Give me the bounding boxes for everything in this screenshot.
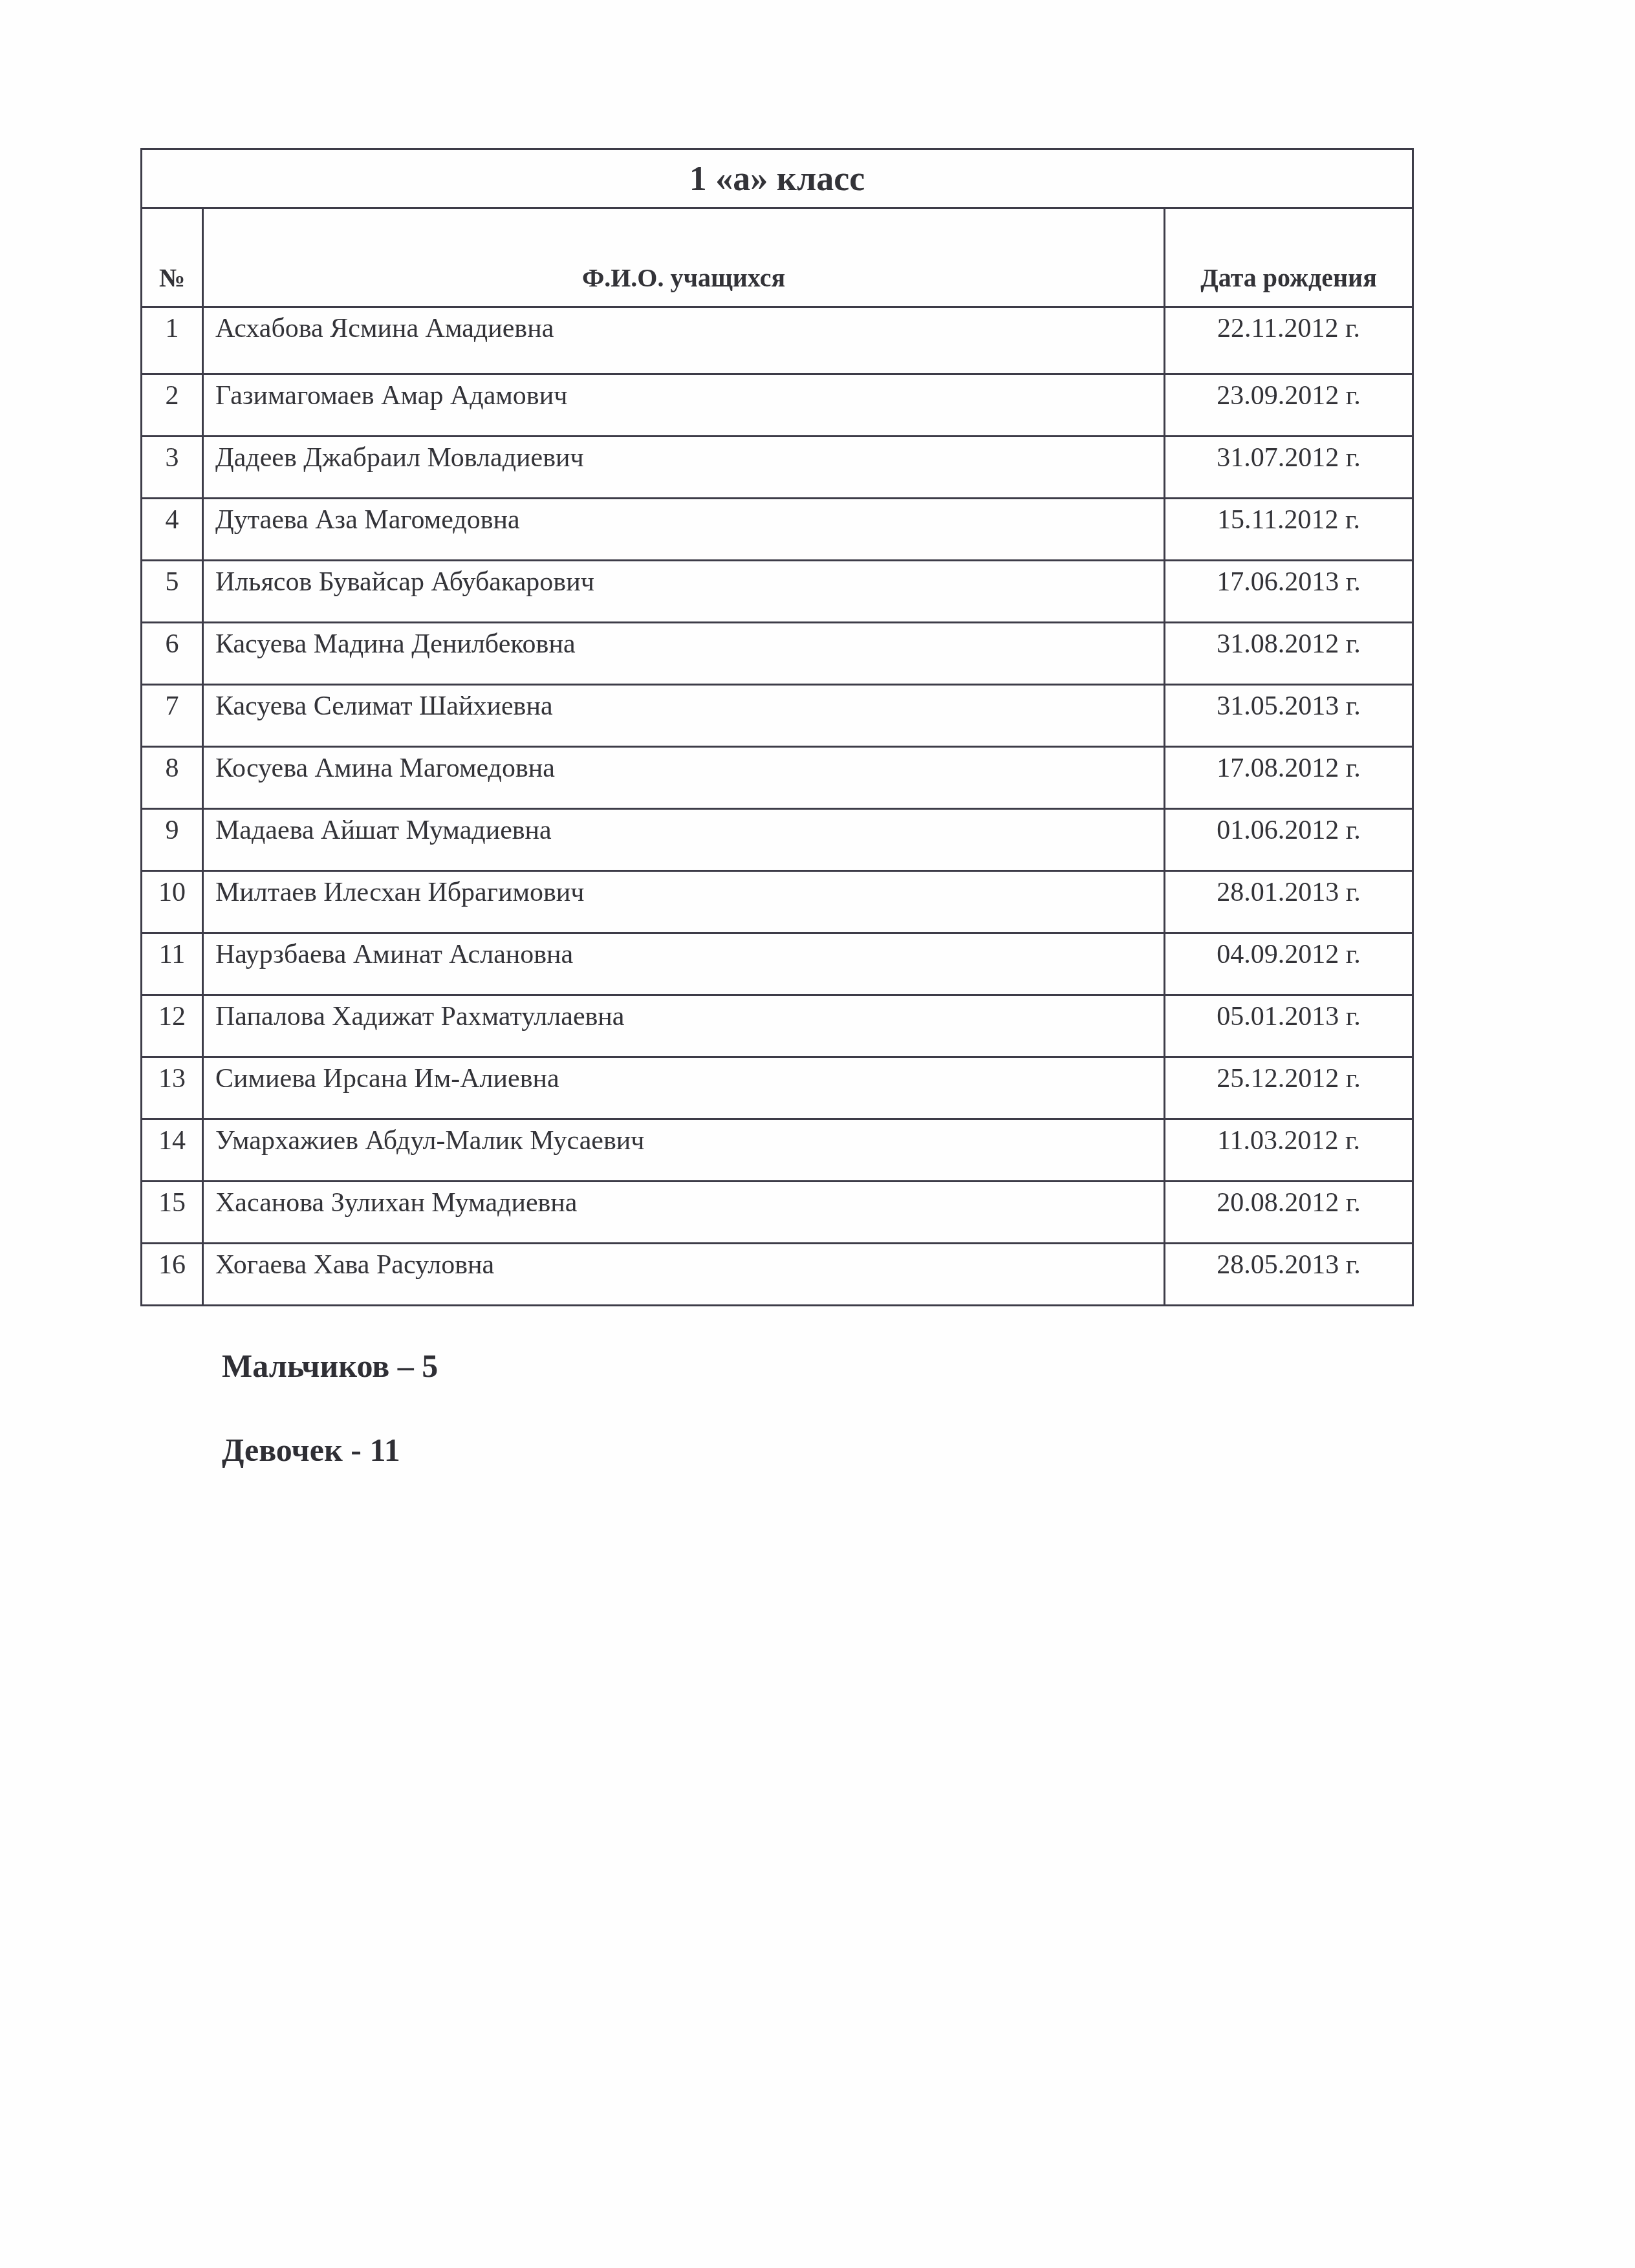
table-row: 15Хасанова Зулихан Мумадиевна20.08.2012 …	[142, 1182, 1413, 1244]
table-row: 16Хогаева Хава Расуловна28.05.2013 г.	[142, 1244, 1413, 1306]
table-row: 7Касуева Селимат Шайхиевна31.05.2013 г.	[142, 685, 1413, 747]
student-name: Папалова Хадижат Рахматуллаевна	[203, 995, 1165, 1057]
student-name: Ильясов Бувайсар Абубакарович	[203, 561, 1165, 623]
student-number: 7	[142, 685, 203, 747]
class-title: 1 «а» класс	[142, 149, 1413, 208]
student-name: Касуева Мадина Денилбековна	[203, 623, 1165, 685]
student-birth-date: 05.01.2013 г.	[1165, 995, 1413, 1057]
student-birth-date: 31.07.2012 г.	[1165, 437, 1413, 499]
student-name: Мадаева Айшат Мумадиевна	[203, 809, 1165, 871]
student-name: Хасанова Зулихан Мумадиевна	[203, 1182, 1165, 1244]
student-birth-date: 17.08.2012 г.	[1165, 747, 1413, 809]
class-roster-table: 1 «а» класс № Ф.И.О. учащихся Дата рожде…	[140, 148, 1414, 1306]
table-row: 1Асхабова Ясмина Амадиевна22.11.2012 г.	[142, 307, 1413, 374]
column-header-name: Ф.И.О. учащихся	[203, 208, 1165, 307]
student-number: 8	[142, 747, 203, 809]
student-number: 3	[142, 437, 203, 499]
student-name: Газимагомаев Амар Адамович	[203, 374, 1165, 437]
table-title-row: 1 «а» класс	[142, 149, 1413, 208]
column-header-number: №	[142, 208, 203, 307]
student-number: 2	[142, 374, 203, 437]
student-number: 5	[142, 561, 203, 623]
table-header-row: № Ф.И.О. учащихся Дата рождения	[142, 208, 1413, 307]
table-row: 9Мадаева Айшат Мумадиевна01.06.2012 г.	[142, 809, 1413, 871]
student-birth-date: 01.06.2012 г.	[1165, 809, 1413, 871]
student-name: Симиева Ирсана Им-Алиевна	[203, 1057, 1165, 1119]
student-birth-date: 20.08.2012 г.	[1165, 1182, 1413, 1244]
student-name: Косуева Амина Магомедовна	[203, 747, 1165, 809]
table-row: 2Газимагомаев Амар Адамович23.09.2012 г.	[142, 374, 1413, 437]
student-number: 13	[142, 1057, 203, 1119]
student-birth-date: 22.11.2012 г.	[1165, 307, 1413, 374]
roster-body: 1Асхабова Ясмина Амадиевна22.11.2012 г.2…	[142, 307, 1413, 1306]
student-name: Хогаева Хава Расуловна	[203, 1244, 1165, 1306]
student-birth-date: 31.05.2013 г.	[1165, 685, 1413, 747]
student-birth-date: 31.08.2012 г.	[1165, 623, 1413, 685]
table-row: 8Косуева Амина Магомедовна17.08.2012 г.	[142, 747, 1413, 809]
table-row: 13Симиева Ирсана Им-Алиевна25.12.2012 г.	[142, 1057, 1413, 1119]
student-number: 12	[142, 995, 203, 1057]
table-row: 11Наурзбаева Аминат Аслановна04.09.2012 …	[142, 933, 1413, 995]
student-number: 11	[142, 933, 203, 995]
table-row: 5Ильясов Бувайсар Абубакарович17.06.2013…	[142, 561, 1413, 623]
table-row: 12Папалова Хадижат Рахматуллаевна05.01.2…	[142, 995, 1413, 1057]
student-birth-date: 23.09.2012 г.	[1165, 374, 1413, 437]
girls-count: Девочек - 11	[222, 1431, 400, 1469]
student-name: Касуева Селимат Шайхиевна	[203, 685, 1165, 747]
student-number: 1	[142, 307, 203, 374]
student-birth-date: 28.05.2013 г.	[1165, 1244, 1413, 1306]
table-row: 6Касуева Мадина Денилбековна31.08.2012 г…	[142, 623, 1413, 685]
scanned-page: 1 «а» класс № Ф.И.О. учащихся Дата рожде…	[0, 0, 1635, 2268]
student-birth-date: 15.11.2012 г.	[1165, 499, 1413, 561]
student-birth-date: 28.01.2013 г.	[1165, 871, 1413, 933]
boys-count: Мальчиков – 5	[222, 1347, 438, 1385]
column-header-birth-date: Дата рождения	[1165, 208, 1413, 307]
table-row: 14Умархажиев Абдул-Малик Мусаевич11.03.2…	[142, 1119, 1413, 1182]
student-birth-date: 25.12.2012 г.	[1165, 1057, 1413, 1119]
student-birth-date: 17.06.2013 г.	[1165, 561, 1413, 623]
student-name: Дутаева Аза Магомедовна	[203, 499, 1165, 561]
student-number: 16	[142, 1244, 203, 1306]
table-row: 3Дадеев Джабраил Мовладиевич31.07.2012 г…	[142, 437, 1413, 499]
student-number: 9	[142, 809, 203, 871]
student-name: Асхабова Ясмина Амадиевна	[203, 307, 1165, 374]
student-name: Дадеев Джабраил Мовладиевич	[203, 437, 1165, 499]
table-row: 4Дутаева Аза Магомедовна15.11.2012 г.	[142, 499, 1413, 561]
student-number: 15	[142, 1182, 203, 1244]
table-row: 10Милтаев Илесхан Ибрагимович28.01.2013 …	[142, 871, 1413, 933]
student-name: Наурзбаева Аминат Аслановна	[203, 933, 1165, 995]
student-number: 4	[142, 499, 203, 561]
student-name: Умархажиев Абдул-Малик Мусаевич	[203, 1119, 1165, 1182]
student-birth-date: 11.03.2012 г.	[1165, 1119, 1413, 1182]
student-birth-date: 04.09.2012 г.	[1165, 933, 1413, 995]
student-number: 10	[142, 871, 203, 933]
student-number: 14	[142, 1119, 203, 1182]
student-name: Милтаев Илесхан Ибрагимович	[203, 871, 1165, 933]
student-number: 6	[142, 623, 203, 685]
